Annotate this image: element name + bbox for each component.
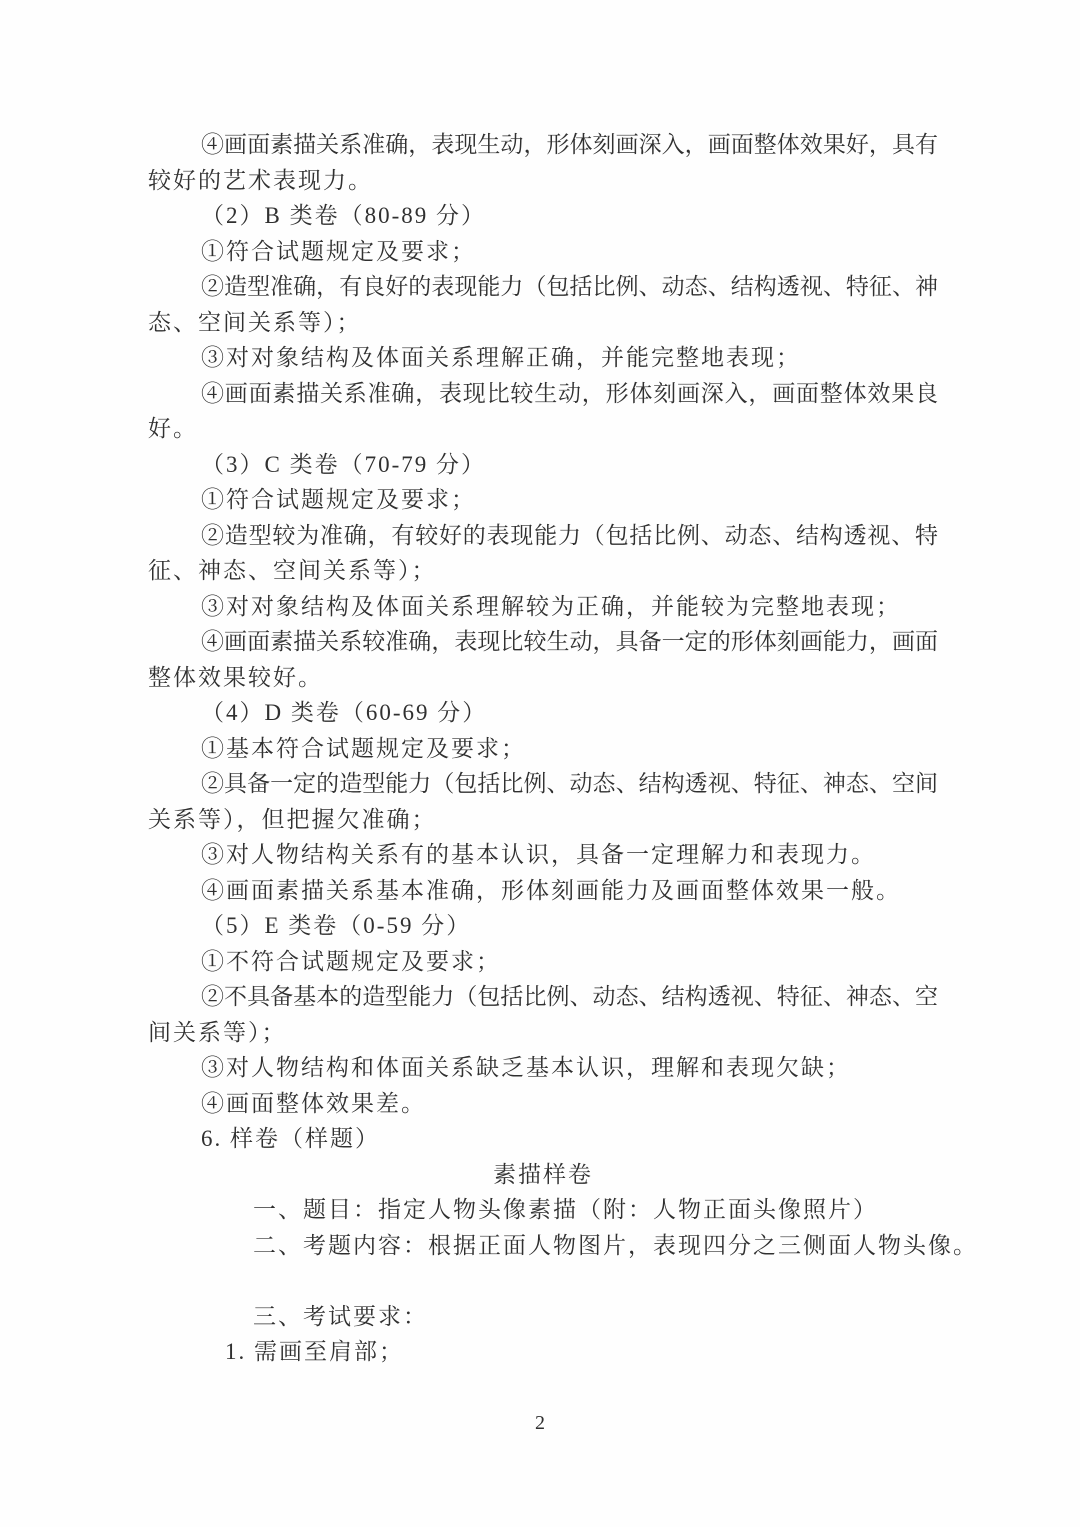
- document-line: ①符合试题规定及要求；: [148, 482, 938, 518]
- document-line: 征、神态、空间关系等）；: [148, 553, 938, 589]
- grade-heading-b: （2）B 类卷（80-89 分）: [148, 198, 938, 234]
- document-line: ②具备一定的造型能力（包括比例、动态、结构透视、特征、神态、空间: [148, 766, 938, 802]
- blank-line: [148, 1263, 938, 1299]
- sample-item-content: 二、考题内容：根据正面人物图片，表现四分之三侧面人物头像。: [148, 1228, 938, 1264]
- document-line: ②造型准确，有良好的表现能力（包括比例、动态、结构透视、特征、神: [148, 269, 938, 305]
- document-line: 整体效果较好。: [148, 660, 938, 696]
- document-line: ④画面整体效果差。: [148, 1086, 938, 1122]
- document-line: ④画面素描关系基本准确，形体刻画能力及画面整体效果一般。: [148, 873, 938, 909]
- document-line: ③对对象结构及体面关系理解较为正确，并能较为完整地表现；: [148, 589, 938, 625]
- document-line: ②造型较为准确，有较好的表现能力（包括比例、动态、结构透视、特: [148, 518, 938, 554]
- document-page: ④画面素描关系准确，表现生动，形体刻画深入，画面整体效果好，具有 较好的艺术表现…: [0, 0, 1080, 1527]
- document-line: ①不符合试题规定及要求；: [148, 944, 938, 980]
- document-line: ①符合试题规定及要求；: [148, 234, 938, 270]
- document-line: 关系等），但把握欠准确；: [148, 802, 938, 838]
- section-heading-sample: 6. 样卷（样题）: [148, 1121, 938, 1157]
- grade-heading-c: （3）C 类卷（70-79 分）: [148, 447, 938, 483]
- sample-item-requirements: 三、考试要求：: [148, 1299, 938, 1335]
- document-line: ③对对象结构及体面关系理解正确，并能完整地表现；: [148, 340, 938, 376]
- document-line: 态、空间关系等）；: [148, 305, 938, 341]
- document-line: ③对人物结构关系有的基本认识，具备一定理解力和表现力。: [148, 837, 938, 873]
- document-line: ①基本符合试题规定及要求；: [148, 731, 938, 767]
- document-line: ②不具备基本的造型能力（包括比例、动态、结构透视、特征、神态、空: [148, 979, 938, 1015]
- document-line: ④画面素描关系准确，表现生动，形体刻画深入，画面整体效果好，具有: [148, 127, 938, 163]
- document-line: 间关系等）；: [148, 1015, 938, 1051]
- document-line: ③对人物结构和体面关系缺乏基本认识，理解和表现欠缺；: [148, 1050, 938, 1086]
- document-body: ④画面素描关系准确，表现生动，形体刻画深入，画面整体效果好，具有 较好的艺术表现…: [148, 127, 938, 1370]
- page-number: 2: [0, 1412, 1080, 1435]
- document-line: ④画面素描关系较准确，表现比较生动，具备一定的形体刻画能力，画面: [148, 624, 938, 660]
- sample-item-topic: 一、题目：指定人物头像素描（附：人物正面头像照片）: [148, 1192, 938, 1228]
- document-line: 好。: [148, 411, 938, 447]
- sample-sub-item: 1. 需画至肩部；: [148, 1334, 938, 1370]
- sample-paper-title: 素描样卷: [148, 1157, 938, 1193]
- document-line: ④画面素描关系准确，表现比较生动，形体刻画深入，画面整体效果良: [148, 376, 938, 412]
- grade-heading-d: （4）D 类卷（60-69 分）: [148, 695, 938, 731]
- document-line: 较好的艺术表现力。: [148, 163, 938, 199]
- grade-heading-e: （5）E 类卷（0-59 分）: [148, 908, 938, 944]
